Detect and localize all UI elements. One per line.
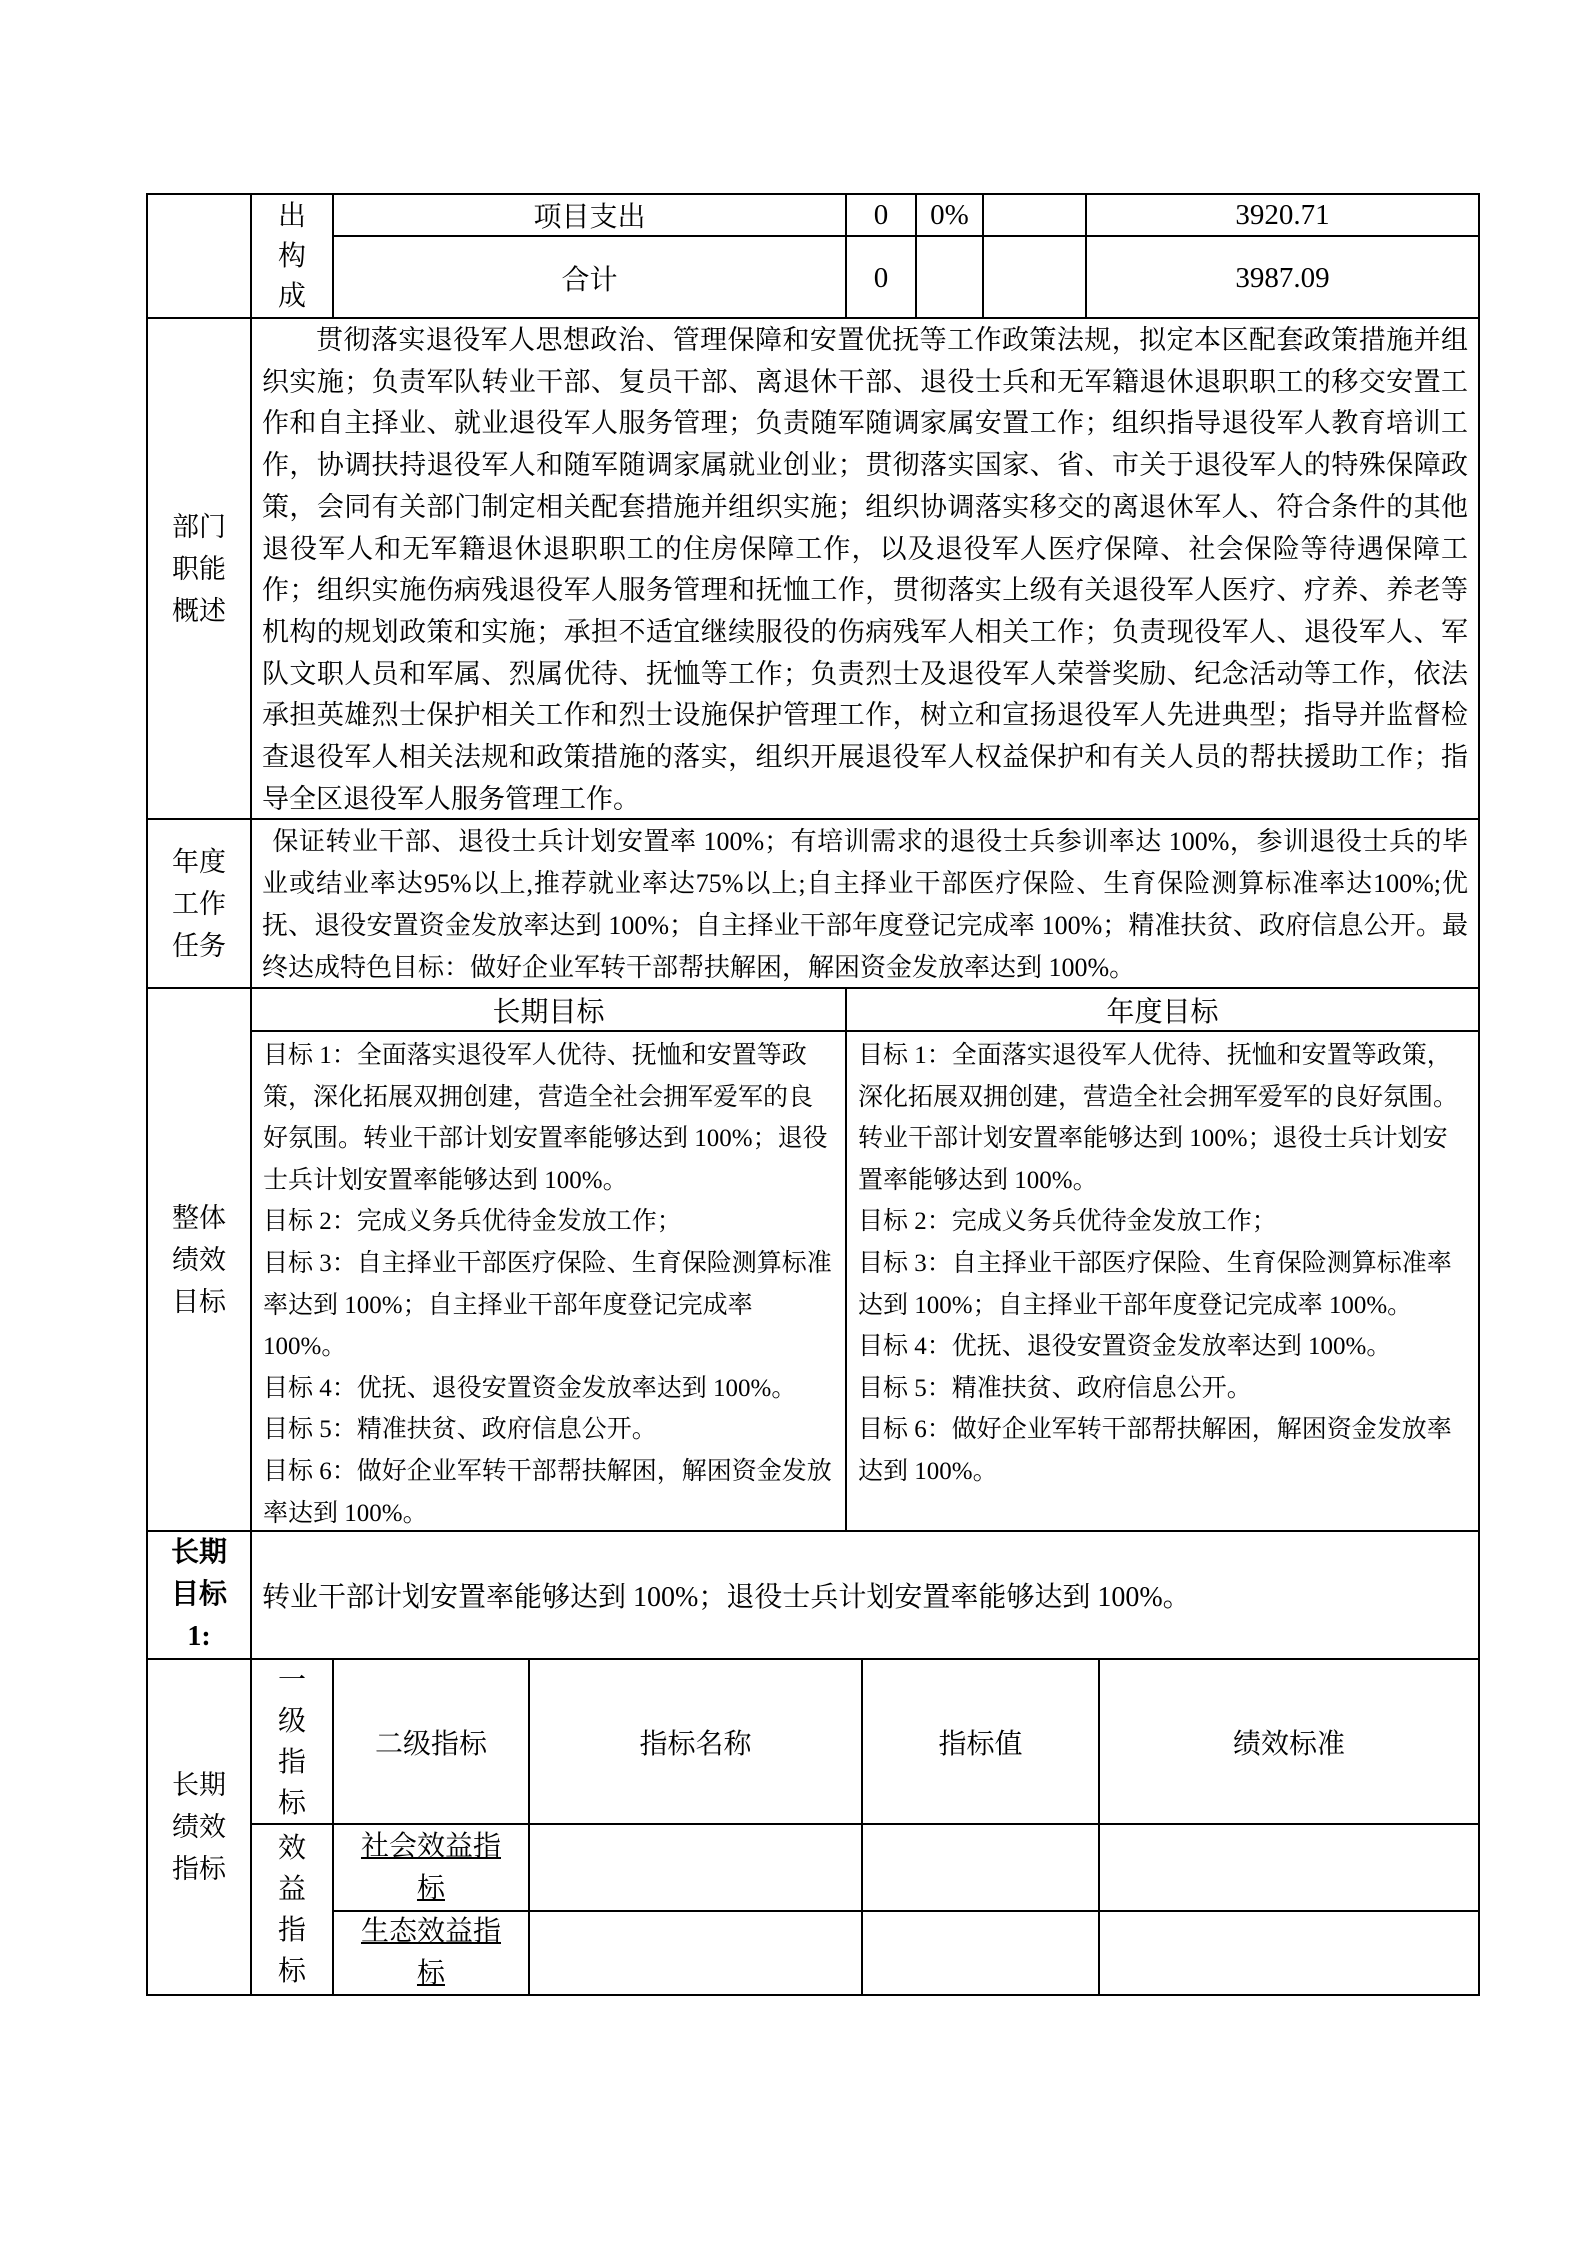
dept-overview-text: 贯彻落实退役军人思想政治、管理保障和安置优抚等工作政策法规，拟定本区配套政策措施… bbox=[252, 319, 1478, 818]
long-term-goal-1-section: 长期目标1: 转业干部计划安置率能够达到 100%；退役士兵计划安置率能够达到 … bbox=[148, 1532, 1478, 1660]
ecological-benefit-indicator-value bbox=[863, 1912, 1100, 1994]
long-term-goal-1-text: 转业干部计划安置率能够达到 100%；退役士兵计划安置率能够达到 100%。 bbox=[252, 1532, 1478, 1658]
long-term-goal-1-label: 长期目标1: bbox=[171, 1532, 227, 1658]
social-benefit-indicator-cell: 社会效益指标 bbox=[334, 1825, 530, 1912]
expenditure-row-project-amount: 3920.71 bbox=[1087, 195, 1478, 237]
long-term-goal-item: 目标 6：做好企业军转干部帮扶解困，解困资金发放率达到 100%。 bbox=[263, 1451, 834, 1530]
indicators-level1-header: 一级指标 bbox=[278, 1660, 306, 1824]
ecological-benefit-indicator-standard bbox=[1100, 1912, 1478, 1994]
annual-goals-body: 目标 1：全面落实退役军人优待、抚恤和安置等政策，深化拓展双拥创建，营造全社会拥… bbox=[847, 1032, 1478, 1530]
overall-goals-label: 整体绩效目标 bbox=[172, 1197, 226, 1323]
expenditure-row-project-col3 bbox=[984, 195, 1087, 237]
expenditure-row-project-col1: 0 bbox=[847, 195, 917, 237]
social-benefit-indicator-name bbox=[530, 1825, 863, 1912]
long-term-goal-1-label-cell: 长期目标1: bbox=[148, 1532, 252, 1658]
performance-target-document-page: 出构成 项目支出 0 0% 3920.71 合计 0 3987.09 部门职能概… bbox=[0, 0, 1587, 2245]
expenditure-row-total-col1: 0 bbox=[847, 237, 917, 319]
annual-goal-item: 目标 1：全面落实退役军人优待、抚恤和安置等政策，深化拓展双拥创建，营造全社会拥… bbox=[858, 1035, 1467, 1201]
expenditure-row-project-col2: 0% bbox=[917, 195, 984, 237]
indicators-row-label-cell: 长期绩效指标 bbox=[148, 1660, 252, 1994]
indicators-level2-header: 二级指标 bbox=[334, 1660, 530, 1825]
long-term-goals-header: 长期目标 bbox=[252, 989, 845, 1032]
indicators-standard-header: 绩效标准 bbox=[1100, 1660, 1478, 1825]
indicators-level1-header-cell: 一级指标 bbox=[252, 1660, 334, 1825]
long-term-goal-item: 目标 5：精准扶贫、政府信息公开。 bbox=[263, 1409, 834, 1451]
overall-goals-section: 整体绩效目标 长期目标 目标 1：全面落实退役军人优待、抚恤和安置等政策，深化拓… bbox=[148, 989, 1478, 1532]
performance-target-table: 出构成 项目支出 0 0% 3920.71 合计 0 3987.09 部门职能概… bbox=[146, 193, 1480, 1996]
annual-goal-item: 目标 5：精准扶贫、政府信息公开。 bbox=[858, 1368, 1467, 1410]
benefit-indicator-level1-label: 效益指标 bbox=[278, 1828, 306, 1992]
benefit-indicator-level1-cell: 效益指标 bbox=[252, 1825, 334, 1994]
long-term-goal-item: 目标 4：优抚、退役安置资金发放率达到 100%。 bbox=[263, 1368, 834, 1410]
ecological-benefit-indicator-name bbox=[530, 1912, 863, 1994]
indicators-name-header: 指标名称 bbox=[530, 1660, 863, 1825]
expenditure-structure-label: 出构成 bbox=[278, 197, 306, 317]
annual-goal-item: 目标 4：优抚、退役安置资金发放率达到 100%。 bbox=[858, 1326, 1467, 1368]
indicators-value-header: 指标值 bbox=[863, 1660, 1100, 1825]
expenditure-spacer-cell bbox=[148, 195, 252, 319]
dept-overview-section: 部门职能概述 贯彻落实退役军人思想政治、管理保障和安置优抚等工作政策法规，拟定本… bbox=[148, 319, 1478, 820]
expenditure-row-total-col3 bbox=[984, 237, 1087, 319]
long-term-goal-item: 目标 2：完成义务兵优待金发放工作； bbox=[263, 1201, 834, 1243]
social-benefit-indicator-label: 社会效益指标 bbox=[348, 1826, 514, 1910]
annual-goals-column: 年度目标 目标 1：全面落实退役军人优待、抚恤和安置等政策，深化拓展双拥创建，营… bbox=[847, 989, 1478, 1530]
overall-goals-label-cell: 整体绩效目标 bbox=[148, 989, 252, 1530]
social-benefit-indicator-standard bbox=[1100, 1825, 1478, 1912]
expenditure-row-project-label: 项目支出 bbox=[334, 195, 847, 237]
ecological-benefit-indicator-cell: 生态效益指标 bbox=[334, 1912, 530, 1994]
expenditure-structure-label-cell: 出构成 bbox=[252, 195, 334, 319]
expenditure-row-total-amount: 3987.09 bbox=[1087, 237, 1478, 319]
annual-tasks-label-cell: 年度工作任务 bbox=[148, 820, 252, 987]
expenditure-section: 出构成 项目支出 0 0% 3920.71 合计 0 3987.09 bbox=[148, 195, 1478, 319]
indicators-row-label: 长期绩效指标 bbox=[172, 1764, 226, 1890]
long-term-goals-body: 目标 1：全面落实退役军人优待、抚恤和安置等政策，深化拓展双拥创建，营造全社会拥… bbox=[252, 1032, 845, 1530]
annual-tasks-label: 年度工作任务 bbox=[172, 841, 226, 967]
long-term-goals-column: 长期目标 目标 1：全面落实退役军人优待、抚恤和安置等政策，深化拓展双拥创建，营… bbox=[252, 989, 847, 1530]
annual-goal-item: 目标 2：完成义务兵优待金发放工作； bbox=[858, 1201, 1467, 1243]
long-term-goal-item: 目标 1：全面落实退役军人优待、抚恤和安置等政策，深化拓展双拥创建，营造全社会拥… bbox=[263, 1035, 834, 1201]
long-term-goal-item: 目标 3：自主择业干部医疗保险、生育保险测算标准率达到 100%；自主择业干部年… bbox=[263, 1243, 834, 1368]
expenditure-row-total-col2 bbox=[917, 237, 984, 319]
ecological-benefit-indicator-label: 生态效益指标 bbox=[348, 1912, 514, 1994]
annual-tasks-section: 年度工作任务 保证转业干部、退役士兵计划安置率 100%；有培训需求的退役士兵参… bbox=[148, 820, 1478, 989]
indicators-section: 长期绩效指标 一级指标 二级指标 指标名称 指标值 绩效标准 效益指标 社会效益… bbox=[148, 1660, 1478, 1994]
annual-goal-item: 目标 3：自主择业干部医疗保险、生育保险测算标准率达到 100%；自主择业干部年… bbox=[858, 1243, 1467, 1326]
social-benefit-indicator-value bbox=[863, 1825, 1100, 1912]
expenditure-row-total-label: 合计 bbox=[334, 237, 847, 319]
dept-overview-label: 部门职能概述 bbox=[172, 506, 226, 632]
annual-goals-header: 年度目标 bbox=[847, 989, 1478, 1032]
dept-overview-label-cell: 部门职能概述 bbox=[148, 319, 252, 818]
annual-tasks-text: 保证转业干部、退役士兵计划安置率 100%；有培训需求的退役士兵参训率达 100… bbox=[252, 820, 1478, 987]
annual-goal-item: 目标 6：做好企业军转干部帮扶解困，解困资金发放率达到 100%。 bbox=[858, 1409, 1467, 1492]
